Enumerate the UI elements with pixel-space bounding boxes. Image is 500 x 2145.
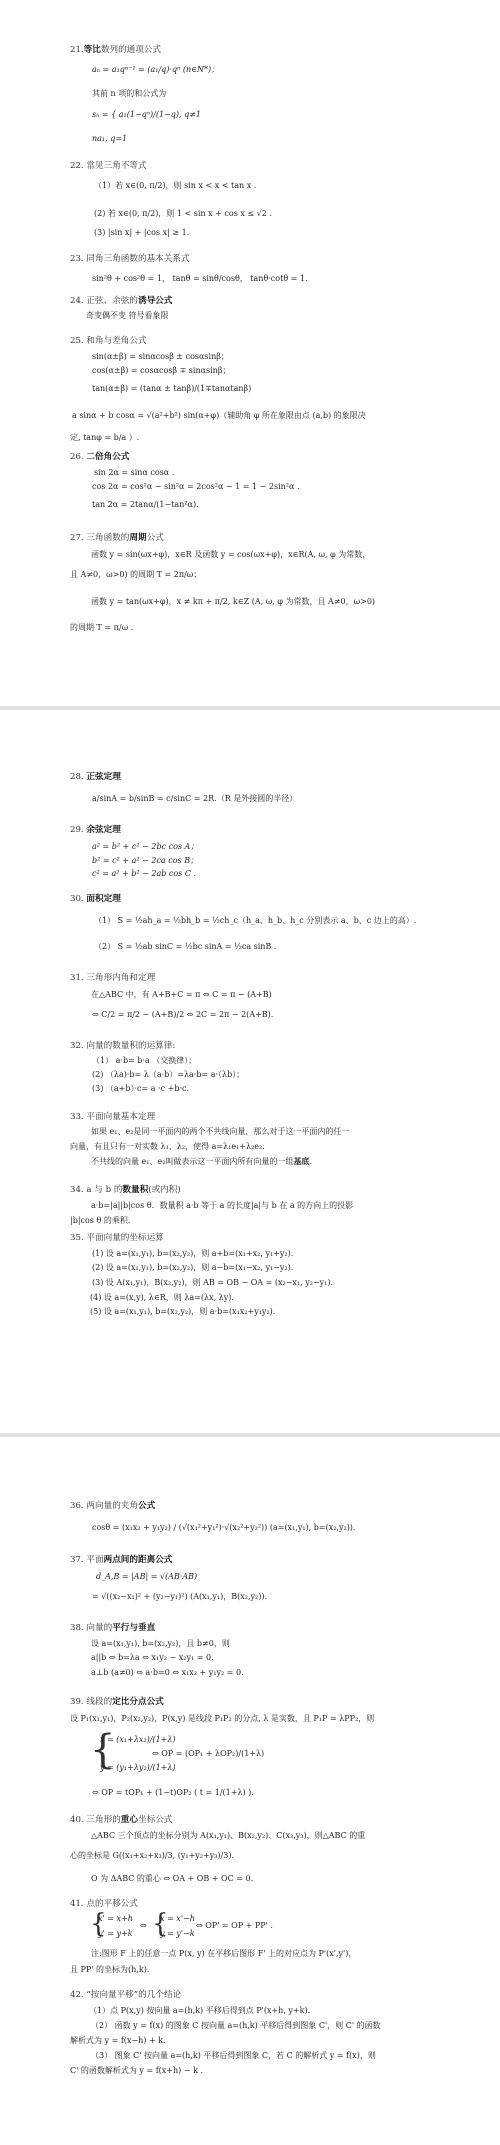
formula-line: = √((x₂−x₁)² + (y₂−y₁)²) (A(x₁,y₁)，B(x₂,… xyxy=(92,1591,267,1602)
formula-line: tan(α±β) = (tanα ± tanβ)/(1∓tanαtanβ) xyxy=(92,384,251,393)
page-2: 28. 正弦定理 a/sinA = b/sinB = c/sinC = 2R.（… xyxy=(0,710,500,1432)
section-title: 41. 点的平移公式 xyxy=(70,1899,430,1910)
page-3: 36. 两向量的夹角公式 cosθ = (x₁x₂ + y₁y₂) / (√(x… xyxy=(0,1437,500,2145)
formula-line: (3) 设 A(x₁,y₁)，B(x₂,y₂)，则 AB = OB − OA =… xyxy=(92,1277,333,1288)
formula-line: （1） S = ½ah_a = ½bh_b = ½ch_c（h_a、h_b、h_… xyxy=(94,915,416,926)
section-32: 32. 向量的数量积的运算律: xyxy=(70,1041,430,1052)
formula-line: x = (x₁+λx₂)/(1+λ) xyxy=(100,1735,176,1744)
section-title: 42. “按向量平移”的几个结论 xyxy=(70,1990,430,2001)
section-38: 38. 向量的平行与垂直 xyxy=(70,1623,430,1634)
section-title: 33. 平面向量基本定理 xyxy=(70,1112,430,1123)
section-title: 21.等比数列的通项公式 xyxy=(70,45,430,56)
section-30: 30. 面积定理 xyxy=(70,894,430,905)
formula-line: y = y'−k xyxy=(160,1929,195,1938)
formula-line: (2) 设 a=(x₁,y₁), b=(x₂,y₂)，则 a−b=(x₁−x₂,… xyxy=(92,1262,293,1273)
section-40: 40. 三角形的重心坐标公式 xyxy=(70,1815,430,1826)
formula-line: （2） S = ½ab sinC = ½bc sinA = ½ca sinB . xyxy=(94,941,276,952)
formula-line: na₁, q=1 xyxy=(92,134,127,143)
formula-line: b² = c² + a² − 2ca cos B； xyxy=(92,855,198,866)
formula-line: sin 2α = sinα cosα . xyxy=(94,468,174,477)
section-34: 34. a 与 b 的数量积(或内积) xyxy=(70,1185,430,1196)
section-title: 38. 向量的平行与垂直 xyxy=(70,1623,430,1634)
formula-line: (2) （λa)·b= λ（a·b）=λa·b= a·（λb）； xyxy=(92,1069,244,1080)
formula-line: （1） a·b= b·a （交换律）； xyxy=(92,1055,196,1066)
formula-line: (1) 设 a=(x₁,y₁), b=(x₂,y₂)，则 a+b=(x₁+x₂,… xyxy=(92,1248,293,1259)
section-39: 39. 线段的定比分点公式 xyxy=(70,1697,430,1708)
text-line: |b|cos θ 的乘积. xyxy=(70,1215,130,1226)
section-36: 36. 两向量的夹角公式 xyxy=(70,1501,430,1512)
section-title: 40. 三角形的重心坐标公式 xyxy=(70,1815,430,1826)
text-line: 函数 y = tan(ωx+φ)，x ≠ kπ + π/2, k∈Z (A, ω… xyxy=(91,596,375,607)
text-line: 的周期 T = π/ω . xyxy=(70,622,133,633)
text-line: 心的坐标是 G((x₁+x₂+x₃)/3, (y₁+y₂+y₃)/3). xyxy=(70,1850,234,1861)
formula-line: y' = y+k xyxy=(98,1929,133,1938)
page-1: 21.等比数列的通项公式 aₙ = a₁qⁿ⁻¹ = (a₁/q)·qⁿ (n∈… xyxy=(0,0,500,700)
formula-line: （1）若 x∈(0, π/2)，则 sin x < x < tan x . xyxy=(94,180,256,191)
section-28: 28. 正弦定理 xyxy=(70,772,430,783)
formula-line: a/sinA = b/sinB = c/sinC = 2R.（R 是外接圆的半径… xyxy=(92,793,297,804)
text-line: 且 PP' 的坐标为(h,k). xyxy=(70,1964,149,1975)
formula-line: ⇔ C/2 = π/2 − (A+B)/2 ⇔ 2C = 2π − 2(A+B)… xyxy=(92,1010,273,1019)
formula-line: x = x'−h xyxy=(160,1914,195,1923)
formula-line: ⇔ OP = tOP₁ + (1−t)OP₂ ( t = 1/(1+λ) ). xyxy=(92,1788,254,1797)
section-title: 28. 正弦定理 xyxy=(70,772,430,783)
formula-line: a² = b² + c² − 2bc cos A； xyxy=(92,841,198,852)
section-title: 30. 面积定理 xyxy=(70,894,430,905)
formula-line: sin²θ + cos²θ = 1， tanθ = sinθ/cosθ， tan… xyxy=(92,273,308,284)
text-line: 解析式为 y = f(x−h) + k. xyxy=(70,2035,166,2046)
formula-line: cos(α±β) = cosαcosβ ∓ sinαsinβ； xyxy=(92,365,230,376)
section-title: 31. 三角形内角和定理 xyxy=(70,973,430,984)
section-title: 35. 平面向量的坐标运算 xyxy=(70,1233,430,1244)
section-21: 21.等比数列的通项公式 xyxy=(70,45,430,56)
text-line: （2） 函数 y = f(x) 的图象 C 按向量 a=(h,k) 平移后得到图… xyxy=(91,2020,381,2031)
formula-line: 设 a=(x₁,y₁), b=(x₂,y₂)，且 b≠0，则 xyxy=(91,1638,230,1649)
formula-line: aₙ = a₁qⁿ⁻¹ = (a₁/q)·qⁿ (n∈N*)； xyxy=(92,64,219,75)
section-25: 25. 和角与差角公式 xyxy=(70,336,430,347)
formula-line: (4) 设 a=(x,y), λ∈R，则 λa=(λx, λy). xyxy=(90,1292,234,1303)
text-line: 函数 y = sin(ωx+φ)，x∈R 及函数 y = cos(ωx+φ)，x… xyxy=(91,549,370,560)
formula-line: 在△ABC 中，有 A+B+C = π ⇔ C = π − (A+B) xyxy=(91,989,272,1000)
section-title: 29. 余弦定理 xyxy=(70,825,430,836)
formula-line: ⇔ OP = (OP₁ + λOP₂)/(1+λ) xyxy=(152,1749,264,1758)
text-line: a·b=|a||b|cos θ．数量积 a·b 等于 a 的长度|a|与 b 在… xyxy=(91,1200,353,1211)
section-title: 36. 两向量的夹角公式 xyxy=(70,1501,430,1512)
formula-line: cos 2α = cos²α − sin²α = 2cos²α − 1 = 1 … xyxy=(92,482,300,491)
text-line: C' 的函数解析式为 y = f(x+h) − k . xyxy=(70,2065,203,2076)
section-27: 27. 三角函数的周期公式 xyxy=(70,533,430,544)
section-37: 37. 平面两点间的距离公式 xyxy=(70,1555,430,1566)
text-line: 且 A≠0，ω>0) 的周期 T = 2π/ω； xyxy=(70,569,201,580)
formula-line: a sinα + b cosα = √(a²+b²) sin(α+φ)（辅助角 … xyxy=(72,410,366,421)
formula-line: c² = a² + b² − 2ab cos C . xyxy=(92,869,196,878)
text-line: 如果 e₁、e₂是同一平面内的两个不共线向量，那么对于这一平面内的任一 xyxy=(91,1126,349,1137)
section-23: 23. 同角三角函数的基本关系式 xyxy=(70,254,430,265)
section-title: 37. 平面两点间的距离公式 xyxy=(70,1555,430,1566)
formula-line: d_A,B = |AB| = √(AB·AB) xyxy=(96,1572,197,1581)
section-title: 22. 常见三角不等式 xyxy=(70,161,430,172)
text-line: 其前 n 项的和公式为 xyxy=(92,88,166,99)
section-title: 39. 线段的定比分点公式 xyxy=(70,1697,430,1708)
formula-line: y = (y₁+λy₂)/(1+λ) xyxy=(100,1763,176,1772)
formula-line: (2) 若 x∈(0, π/2)，则 1 < sin x + cos x ≤ √… xyxy=(94,208,272,219)
formula-line: tan 2α = 2tanα/(1−tan²α). xyxy=(92,500,199,509)
section-33: 33. 平面向量基本定理 xyxy=(70,1112,430,1123)
formula-line: a⊥b (a≠0) ⇔ a·b=0 ⇔ x₁x₂ + y₁y₂ = 0. xyxy=(91,1668,244,1677)
formula-line: 设 P₁(x₁,y₁)，P₂(x₂,y₂)，P(x,y) 是线段 P₁P₂ 的分… xyxy=(70,1713,374,1724)
formula-line: sₙ = { a₁(1−qⁿ)/(1−q), q≠1 xyxy=(92,110,201,119)
text-line: 不共线的向量 e₁、e₂叫做表示这一平面内所有向量的一组基底. xyxy=(91,1156,312,1167)
section-title: 34. a 与 b 的数量积(或内积) xyxy=(70,1185,430,1196)
formula-line: ⇔ xyxy=(140,1921,147,1930)
section-26: 26. 二倍角公式 xyxy=(70,452,430,463)
section-title: 25. 和角与差角公式 xyxy=(70,336,430,347)
text-line: 奇变偶不变 符号看象限 xyxy=(86,310,169,321)
section-35: 35. 平面向量的坐标运算 xyxy=(70,1233,430,1244)
formula-line: (3) |sin x| + |cos x| ≥ 1. xyxy=(94,228,189,237)
section-title: 32. 向量的数量积的运算律: xyxy=(70,1041,430,1052)
text-line: △ABC 三个顶点的坐标分别为 A(x₁,y₁)、B(x₂,y₂)、C(x₃,y… xyxy=(91,1830,365,1841)
formula-line: cosθ = (x₁x₂ + y₁y₂) / (√(x₁²+y₁²)·√(x₂²… xyxy=(92,1523,355,1532)
text-line: 注:图形 F 上的任意一点 P(x, y) 在平移后图形 F' 上的对应点为 P… xyxy=(91,1948,356,1959)
text-line: （3） 图象 C' 按向量 a=(h,k) 平移后得到图象 C，若 C 的解析式… xyxy=(91,2050,376,2061)
text-line: O 为 ΔABC 的重心 ⇔ OA + OB + OC = 0. xyxy=(91,1873,253,1884)
formula-line: ⇔ OP' = OP + PP' . xyxy=(196,1921,273,1930)
section-31: 31. 三角形内角和定理 xyxy=(70,973,430,984)
formula-line: 定, tanφ = b/a ）. xyxy=(70,432,139,443)
section-22: 22. 常见三角不等式 xyxy=(70,161,430,172)
formula-line: a||b ⇔ b=λa ⇔ x₁y₂ − x₂y₁ = 0. xyxy=(91,1653,214,1662)
section-24: 24. 正弦、余弦的诱导公式 xyxy=(70,296,430,307)
section-title: 26. 二倍角公式 xyxy=(70,452,430,463)
text-line: 向量，有且只有一对实数 λ₁、λ₂，使得 a=λ₁e₁+λ₂e₂. xyxy=(70,1141,265,1152)
section-title: 23. 同角三角函数的基本关系式 xyxy=(70,254,430,265)
text-line: （1）点 P(x,y) 按向量 a=(h,k) 平移后得到点 P'(x+h, y… xyxy=(89,2005,310,2016)
formula-line: sin(α±β) = sinαcosβ ± cosαsinβ； xyxy=(92,351,229,362)
section-title: 27. 三角函数的周期公式 xyxy=(70,533,430,544)
formula-line: (5) 设 a=(x₁,y₁), b=(x₂,y₂)，则 a·b=(x₁x₂+y… xyxy=(90,1306,275,1317)
section-title: 24. 正弦、余弦的诱导公式 xyxy=(70,296,430,307)
section-41: 41. 点的平移公式 xyxy=(70,1899,430,1910)
formula-line: x' = x+h xyxy=(98,1914,133,1923)
section-29: 29. 余弦定理 xyxy=(70,825,430,836)
section-42: 42. “按向量平移”的几个结论 xyxy=(70,1990,430,2001)
formula-line: (3) （a+b）·c= a ·c +b·c. xyxy=(92,1083,189,1094)
